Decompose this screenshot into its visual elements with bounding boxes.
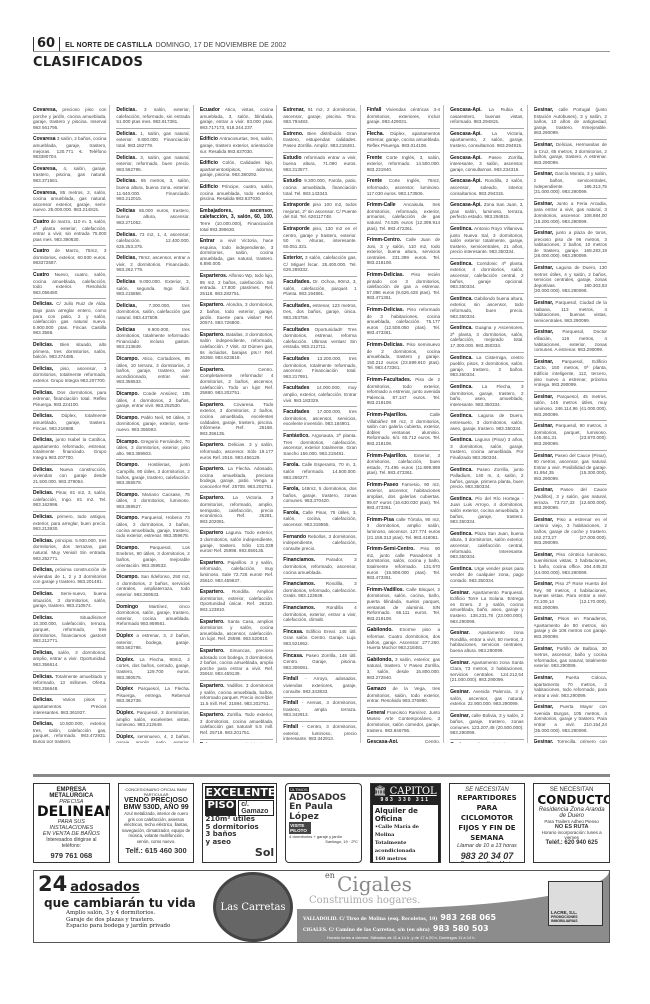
ad-keyword: Frimm-Delicias.: [367, 342, 404, 348]
banner-address: CIGALES. C/ Camino de las Carretas, s/n …: [303, 928, 430, 933]
ad-keyword: Gestinca.: [450, 413, 473, 419]
classified-ad: Delicias. Dúplex, totalmente amueblado, …: [33, 411, 106, 435]
classified-ad: Delicias. Totalmente amueblado y reforma…: [33, 672, 106, 696]
classified-ad: Frimm-Pisa calle Tórtola, 90 m2, 3 dormi…: [367, 515, 440, 544]
ad-headline: REPARTIDORES PARA CICLOMOTOR FIJOS Y FIN…: [453, 793, 522, 843]
ad-location: c/. Gamazo: [238, 800, 274, 816]
classified-ad: Covaresa, 4, salón, garaje, trastero, pi…: [33, 164, 106, 188]
classified-ad: Frente Corte Inglés, 3, salón, exterior,…: [367, 153, 440, 177]
ad-keyword: Espartero.: [200, 589, 225, 595]
ad-headline: DELINEANTES: [37, 805, 106, 819]
classified-ad: Facultades 13.200.000, tres dormitorios,…: [283, 354, 356, 383]
ad-text: López: [289, 812, 358, 822]
ad-keyword: Gestinca.: [450, 437, 473, 443]
ad-keyword: Gesinar,: [534, 739, 554, 743]
classified-ad: Delicias. Bien situado, alto primera, tr…: [33, 340, 106, 364]
classified-ad: Facultades Oportunidad!! Tres dormitorio…: [283, 325, 356, 354]
newspaper-name: EL NORTE DE CASTILLA: [65, 41, 152, 51]
ad-keyword: Delicias: [116, 208, 135, 214]
classified-ad: Gestinca. Plaza San Juan, buena altura, …: [450, 529, 523, 564]
classified-column: Covaresa, precioso piso con porche y jar…: [33, 105, 110, 743]
classified-ad: Frente Corte Inglés, 75m2, reformado, as…: [367, 176, 440, 200]
ad-keyword: Facultades.: [283, 279, 311, 285]
classified-ad: Delicias. Pinar, 81 m2, 3, salón, calefa…: [33, 488, 106, 512]
ad-phone: 979 761 068: [37, 851, 106, 860]
ad-keyword: Espartero.: [200, 442, 225, 448]
ad-keyword: Dúplex.: [116, 710, 134, 716]
ad-keyword: Gesinar.: [450, 630, 470, 636]
ad-headline: CONDUCTORES: [537, 793, 606, 807]
ad-excelente-piso[interactable]: EXCELENTE PISO c/. Gamazo 210m² útiles 5…: [202, 783, 277, 863]
classified-ad: Frimm-Semi-Centro. Piso 90 m2, junto cal…: [367, 544, 440, 585]
ad-keyword: Edificio: [200, 184, 218, 190]
banner-ad-cigales[interactable]: 24adosados que cambiarán tu vida Amplio …: [33, 870, 610, 943]
ad-keyword: Frente: [367, 155, 382, 161]
ad-capitol[interactable]: 🏛 CAPITOL 983 330 311 Alquiler de Oficin…: [370, 783, 441, 863]
ad-keyword: Delicias.: [33, 490, 53, 496]
classified-ad: Gesinar, Parquesol, 45 metros, salón, 14…: [534, 392, 607, 421]
classified-ad: Farola, Calle Pinar, 75 útiles, 3, salón…: [283, 508, 356, 532]
classified-ad: Estudio reformado entrar a vivir, buena …: [283, 153, 356, 177]
classified-ad: Delicias 65.000 euros, trastero, buena a…: [116, 206, 189, 230]
ad-keyword: Covaresa,: [33, 190, 57, 196]
ad-keyword: Gabilondo,: [367, 657, 393, 663]
ad-keyword: Entrar: [200, 238, 215, 244]
classified-ad: Financiamos. Parador, 3 dormitorios, ref…: [283, 555, 356, 579]
ad-keyword: Delicias.: [116, 131, 136, 137]
classified-ad: Delicias, próxima construcción de vivien…: [33, 565, 106, 589]
ad-keyword: Gestinca.: [450, 296, 473, 302]
ad-keyword: Gesinar.: [450, 660, 470, 666]
ad-conductores[interactable]: SE NECESITAN CONDUCTORES Residencia Zona…: [533, 783, 610, 863]
classified-ad: Gesinar, junto a plaza de toros, precios…: [534, 228, 607, 263]
classified-ad: Gescasa-Api. La Victoria, apartamento, 2…: [450, 129, 523, 153]
ad-keyword: Gesinar.: [450, 590, 470, 596]
ad-keyword: Espartero.: [200, 619, 225, 625]
classified-ad: Espartero. Simancas, precioso adosado co…: [200, 646, 273, 681]
classified-ad: Finfall - Centro, 3 dormitorios, exterio…: [283, 722, 356, 743]
ad-keyword: Embajadores, ascensor, calefacción, 3, s…: [200, 208, 273, 221]
ad-keyword: Frimm-Delicias.: [367, 272, 404, 278]
classified-ad: Gamazo de la Vega, tres dormitorios, sal…: [367, 684, 440, 708]
classified-ad: Espartero. Yadillos. 3 dormitorios y sal…: [200, 681, 273, 710]
ad-keyword: Delicias.: [33, 342, 53, 348]
classified-ad: Gesinar, Puerta Coloca, apartamento 70 m…: [534, 673, 607, 702]
ad-keyword: Delicias: [116, 279, 135, 285]
ad-keyword: Delicias.: [33, 467, 53, 473]
ad-keyword: Frimm-Delicias.: [367, 307, 404, 313]
classified-ad: Entrar a vivir Victoria, hace esquina, t…: [200, 236, 273, 271]
classified-ad: Frimm-Delicias. Piso recién pintado con …: [367, 270, 440, 305]
ad-keyword: Espartero.: [200, 648, 225, 654]
ad-keyword: Espartero.: [200, 495, 225, 501]
ad-keyword: Frimm-Semi-Centro.: [367, 546, 415, 552]
classified-ad: Gesinar, Torrecilla, primero con baño, 9…: [534, 737, 607, 743]
classified-ad: Delicias, 10.500.000, exterior, tres, sa…: [33, 719, 106, 743]
seal-text: Las Carretas: [220, 902, 285, 913]
ad-keyword: Fantástico.: [283, 433, 309, 439]
classified-ad: Gestinca. Urge vender pisos para vender …: [450, 564, 523, 588]
classified-ad: Frimm-Facultades. Piso de 2 dormitorios,…: [367, 375, 440, 410]
classified-ad: Dicampo. Conde Ansúrez, 105 útiles, 4 do…: [116, 389, 189, 413]
ad-keyword: Farola,: [283, 486, 299, 492]
classified-ad: Gescasa-Api. La Rubia 4, casarestero, bu…: [450, 105, 523, 129]
banner-phone: 983 268 065: [440, 913, 496, 922]
classified-ad: Esparteros. Alfonso Wp, todo lujo, 85 m2…: [200, 271, 273, 300]
ad-keyword: Dúplex: [116, 686, 133, 692]
banner-tagline: Construimos hogares.: [309, 895, 420, 906]
classified-ad: Delicias. 73 m2, 1, 4, ascensor, calefac…: [116, 230, 189, 254]
classified-ad: Embajadores, ascensor, calefacción, 3, s…: [200, 206, 273, 236]
ad-text: Llamar de 10 a 13 horas: [453, 843, 522, 849]
classified-ad: Delicias. Semi-nuevo, buena situación, 3…: [33, 589, 106, 613]
ad-keyword: Farola,: [283, 510, 299, 516]
classified-ad: Gesinar, García Morato, 3 y salón, 2 bañ…: [534, 169, 607, 198]
ad-keyword: Delicias.: [116, 107, 136, 113]
ad-phone: 983 20 34 07: [453, 851, 522, 861]
ad-keyword: Covaresa,: [33, 107, 57, 113]
classified-ad: Frimm-Centro. Calle Juan de Juni, 3 y sa…: [367, 235, 440, 270]
classified-ad: Facultades 17.000.000, tres dormitorios,…: [283, 407, 356, 431]
classified-ad: Farola, 148m2, 5 dormitorios, dos baños,…: [283, 484, 356, 508]
classified-ad: Frimm-Pajarillos. Exterior, 3 dormitorio…: [367, 451, 440, 480]
ad-keyword: Delicias.: [116, 155, 136, 161]
classified-ad: Cuatro Nuevo, cuatro, salón, cocina amue…: [33, 270, 106, 299]
classified-ad: Gesinar, Piso céntrico luminoso, buenísi…: [534, 550, 607, 579]
classified-ad: Delicias, junto Isabel la Católica, apar…: [33, 435, 106, 464]
ad-keyword: Frimm-Pisa: [367, 517, 394, 523]
ad-phone: Telf.: 615 460 300: [122, 846, 191, 855]
classified-ad: Delicias. 3, salón, gas natural, exterio…: [116, 153, 189, 177]
classified-ad: Estreno. Bien distribuido. Gran trastero…: [283, 129, 356, 153]
ad-keyword: Espartero.: [200, 466, 225, 472]
banner-slogan: que cambiarán tu vida: [44, 896, 205, 910]
ad-keyword: Facultades: [283, 409, 309, 415]
ad-keyword: Frimm-Paseo: [367, 482, 399, 488]
ad-keyword: Gesinar,: [534, 487, 554, 493]
classified-column: Delicias. 3 salón, exterior, calefacción…: [116, 105, 193, 743]
classified-ad: Edificio Colón, Calidades lujo, apartame…: [200, 158, 273, 182]
classified-column: Gesinar, calle Portugal (junto Estación …: [534, 105, 610, 743]
ad-keyword: Delicias.: [116, 232, 136, 238]
ad-keyword: Gesinar,: [534, 265, 554, 271]
ad-keyword: Gesinar,: [534, 171, 554, 177]
ad-keyword: Gescasa-Api.: [367, 739, 399, 743]
issue-date: DOMINGO, 17 DE NOVIEMBRE DE 2002: [156, 41, 287, 51]
banner-text: Espacio para bodega y jardín privado: [66, 923, 205, 930]
ad-keyword: Covaresa,: [33, 166, 57, 172]
classified-ad: Dicampo. Hostilerias, junto Campillo, 90…: [116, 460, 189, 489]
classified-ad: Frimm-Vadillos. Calle Bisquer, 2 dormito…: [367, 585, 440, 626]
classified-ad: Fernando Rebollos, 3 dormitorios, indepe…: [283, 532, 356, 556]
ad-adosados-paula-lopez[interactable]: ÚLTIMOS ADOSADOS En Paula López VISITE P…: [285, 783, 362, 863]
classified-ad: Delicias, piso, ascensor, 3 dormitorios,…: [33, 364, 106, 388]
classified-ad: Frimm-Calle Ancaisula, tres dormitorios,…: [367, 200, 440, 235]
classified-ad: Delicias. 65 metros, 3, salón, buena alt…: [116, 176, 189, 205]
classified-ad: Gesinar, calle Bolivia, 3 y salón, 2 bañ…: [450, 711, 523, 740]
ad-keyword: Dicampo.: [116, 462, 139, 468]
ad-keyword: Delicias,: [116, 303, 136, 309]
display-ads-row: EMPRESA METALÚRGICA PRECISA DELINEANTES …: [33, 783, 610, 863]
ad-keyword: Gesinar,: [534, 201, 554, 207]
ad-keyword: Delicias,: [33, 650, 53, 656]
ad-keyword: Gesinar,: [450, 742, 470, 743]
classified-ad: Dicampo. Parquesol, Hobeno 73 útiles, 2 …: [116, 513, 189, 542]
classified-ad: Fantástico. Argonauta, 2ª planta. Tres d…: [283, 431, 356, 460]
ad-keyword: Gesinar.: [450, 689, 470, 695]
classified-ad: Gestinca. Antonio Royo Villanova, junto …: [450, 224, 523, 259]
classified-column: Ecuador Atico, vistas, cocina amueblada,…: [200, 105, 277, 743]
classified-ad: Gesinar, Piso a estrenar en el camino vi…: [534, 515, 607, 550]
classified-ad: Delicias. C/ Julio Ruiz de Alda. Bajo pa…: [33, 299, 106, 340]
ad-keyword: Delicias.: [33, 591, 53, 597]
ad-keyword: Delicias,: [33, 366, 53, 372]
ad-keyword: Delicias,: [33, 721, 53, 727]
classified-ad: Delicias, salón, 3 dormitorios, amplio, …: [33, 648, 106, 672]
ad-keyword: Gestinca.: [450, 355, 473, 361]
ad-keyword: Gesinar,: [534, 552, 554, 558]
ad-keyword: Gesinar,: [534, 704, 554, 710]
classified-ad: Frimm-Pajarillos. Calle Villabáñez 98 m2…: [367, 410, 440, 451]
ad-keyword: Dicampo.: [116, 574, 139, 580]
ad-keyword: Estudio: [283, 155, 301, 161]
ad-keyword: Farola.: [283, 462, 299, 468]
ad-keyword: Dicampo.: [116, 492, 139, 498]
banner-address: VALLADOLID. C/ Tirso de Molina (esq. Rec…: [303, 917, 437, 922]
ad-keyword: Estrenar: [200, 742, 220, 743]
ad-keyword: Frimm-Centro.: [367, 237, 401, 243]
ad-keyword: Delicias,: [33, 437, 53, 443]
ad-headline: VENDO PRECIOSO BMW 530D, AÑO 99: [122, 797, 191, 811]
classified-ad: Gesinar, calle Portugal (junto Estación …: [534, 105, 607, 140]
classified-ad: Estrenar 115 m2, 4 habitaciones, 2 baños…: [200, 740, 273, 743]
classified-ad: Finfall Viviendas céntricas 3-4 dormitor…: [367, 105, 440, 129]
ad-keyword: Extraporde: [283, 202, 309, 208]
classified-ad: Gesinar, Parquesol, Edificio Cacto, 150 …: [534, 357, 607, 392]
section-title: CLASIFICADOS: [33, 55, 143, 70]
classified-ad: Dúplex. La Flecha, 90m2, 2 cortes, dos b…: [116, 655, 189, 684]
ad-keyword: Gestinca.: [450, 496, 473, 502]
classified-ad: Espartero. La Flecha. Adosado, cocina am…: [200, 464, 273, 493]
classified-ad: Covaresa, precioso piso con porche y jar…: [33, 105, 106, 134]
classified-ad: Fincasa. Edificio Ereal. 145 útil. Gran …: [283, 627, 356, 651]
classified-ad: Delicias. 3 salón, exterior, calefacción…: [116, 105, 189, 129]
ad-text: Preguntar Srta. Marta: [453, 861, 522, 863]
ad-keyword: Gesinar,: [534, 394, 554, 400]
classified-ad: Gestinca. Pío del Río Hortega - Juan Lui…: [450, 494, 523, 529]
banner-town: Cigales: [337, 872, 412, 896]
classified-ad: Gesinar, Portillo de Balboa, 30 metros, …: [534, 644, 607, 673]
classified-ad: Extraporde piso 100 m2, todos mejoras, 2…: [283, 200, 356, 224]
classified-ad: Frimm-Delicias. Piso seminuevo de 2 dorm…: [367, 340, 440, 375]
ad-badge: VISITE PILOTO: [289, 822, 311, 834]
ad-keyword: Facultades,: [283, 303, 311, 309]
classified-ad: Cuatro de Marzo, 75m2, 3 dormitorios, ex…: [33, 246, 106, 270]
ad-keyword: Cuatro: [33, 248, 49, 254]
ad-keyword: Gesinar,: [534, 453, 554, 459]
ad-keyword: Gescasa-Api.: [450, 107, 482, 113]
classified-ad: Dicampo. Mariano Cacsase, 75 útiles, 3 d…: [116, 490, 189, 514]
ad-keyword: Frimm-Facultades.: [367, 377, 411, 383]
classified-ad: Gesinar, Junto a Feria Arcadia, para ent…: [534, 199, 607, 228]
classified-ad: Espartero. Santa Casa, amplios dormitori…: [200, 617, 273, 646]
classified-ad: Gescasa-Api. Paseo Zorrilla, interesante…: [450, 153, 523, 177]
ad-keyword: Estreno.: [283, 131, 303, 137]
ad-keyword: Gesinar,: [450, 713, 470, 719]
ad-keyword: Gesinar,: [534, 230, 554, 236]
classified-ad: Delicias. Nueva construcción, viviendas …: [33, 465, 106, 489]
ad-keyword: Delicias.: [33, 615, 53, 621]
classified-ad: Espartero. Rondilla. Amplios dormitorios…: [200, 587, 273, 616]
classified-ad: Delicias. Varios pisos y apartamentos. P…: [33, 695, 106, 719]
ad-keyword: Gesinar,: [534, 329, 554, 335]
ad-keyword: Gestinca.: [450, 325, 473, 331]
ad-text: En Paula: [289, 803, 358, 812]
ad-keyword: Frimm-Pajarillos.: [367, 453, 408, 459]
classified-ad: Dúplex a estrenar, 3, 2 baños, exterior,…: [116, 631, 189, 655]
ad-keyword: Fernando: [283, 534, 306, 540]
ad-keyword: Dúplex,: [116, 734, 134, 740]
ad-keyword: Gesinar,: [534, 300, 554, 306]
ad-keyword: Delicias.: [33, 697, 53, 703]
ad-text: CONCESIONARIO OFICIAL BMW PARTICULAR: [122, 787, 191, 797]
classified-ad: Dicampo. Gregorio Fernández, 70 útiles, …: [116, 437, 189, 461]
classified-ad: Facultades 14.000.000, muy amplio, exter…: [283, 383, 356, 407]
ad-keyword: Facultades: [283, 327, 309, 333]
classified-ad: Facultades. Dr. Ochoa, 90m2, 3, salón, c…: [283, 277, 356, 301]
classified-ad: Gesinar, Puerta Mayor con Avenida Burgos…: [534, 702, 607, 737]
ad-keyword: Ecuador: [200, 107, 220, 113]
ad-keyword: Extraporde: [283, 226, 309, 232]
ad-tag: ÚLTIMOS: [289, 787, 308, 792]
classified-ad: Gesinar, Parquesol, 90 metros, 4 dormito…: [534, 421, 607, 450]
ad-keyword: Fincasa.: [283, 653, 303, 659]
classified-ad: Extraporde piso, 130 m2 en el centro, ga…: [283, 224, 356, 253]
ad-keyword: Gesinar,: [534, 517, 554, 523]
ad-keyword: Gestinca.: [450, 261, 473, 267]
page-number: 60: [33, 37, 60, 51]
banner-phone: 983 580 503: [433, 924, 489, 933]
banner-hours: Horario lunes a viernes: Sábados de 11 a…: [327, 935, 476, 940]
banner-headline: adosados: [70, 880, 140, 895]
classified-ad: Exterior, 3 salón, calefacción gas, C/ M…: [283, 253, 356, 277]
classified-ad: Edificio Príncipe, cuatro, salón, cocina…: [200, 182, 273, 206]
classified-column: Gescasa-Api. La Rubia 4, casarestero, bu…: [450, 105, 527, 743]
ad-keyword: Facultades: [283, 356, 309, 362]
ad-brand-logo: Sol: [205, 846, 274, 859]
ad-brand: CAPITOL: [390, 786, 437, 797]
ad-headline: EXCELENTE: [205, 786, 274, 799]
classified-ad: Frimm-Paseo Farnesio, 90 m2, exterior, a…: [367, 480, 440, 515]
classified-ad: Gesinar, Parquesol, Ciudad de la Habana,…: [534, 298, 607, 327]
ad-delineantes[interactable]: EMPRESA METALÚRGICA PRECISA DELINEANTES …: [33, 783, 110, 863]
ad-keyword: Espartero.: [200, 302, 225, 308]
ad-keyword: Dicampo.: [116, 415, 139, 421]
ad-keyword: Gesinar,: [534, 107, 554, 113]
ad-keyword: Espartero.: [200, 402, 225, 408]
ad-keyword: Delicias.: [33, 390, 53, 396]
ad-keyword: Gesinar,: [534, 675, 554, 681]
classified-ad: Delicias 9.900.000, tres dormitorios, to…: [116, 325, 189, 354]
ad-keyword: Frimm-Vadillos.: [367, 587, 404, 593]
ad-headline: Alquiler de Oficina: [375, 807, 436, 823]
ad-repartidores[interactable]: SE NECESITAN REPARTIDORES PARA CICLOMOTO…: [449, 783, 526, 863]
classified-ad: Espartero. Centro. Completamente reforma…: [200, 365, 273, 400]
ad-keyword: Gesinar,: [534, 616, 554, 622]
ad-keyword: Cuatro: [33, 219, 49, 225]
classified-ad: Gestinca. Laguna de Duero, entresuelo, 3…: [450, 411, 523, 435]
ad-keyword: Dicampo.: [116, 545, 139, 551]
classified-ad: Edificio Antracosurtas, tres, salón, gar…: [200, 134, 273, 158]
banner-text: en: [325, 871, 335, 880]
classified-ad: Gesinar, Delicias, Hermanitas de la Cruz…: [534, 140, 607, 169]
lacre-logo: LACRE, S.L. PROMOCIONES INMOBILIARIAS: [548, 881, 603, 926]
ad-keyword: Delicias: [116, 327, 135, 333]
classified-ad: Gesinar, Pisos en Panaderos, Apartamento…: [534, 614, 607, 643]
classified-ad: Gestinca. Corridonic 4ª planta, exterior…: [450, 259, 523, 294]
ad-keyword: Delicias.: [33, 514, 53, 520]
ad-keyword: Delicias,: [33, 567, 53, 573]
las-carretas-seal-logo: Las Carretas: [213, 872, 293, 942]
ad-keyword: Gescasa-Api.: [450, 155, 482, 161]
ad-keyword: Exterior,: [283, 255, 303, 261]
classified-ad: Estrenar, 91 m2, 2 dormitorios, ascensor…: [283, 105, 356, 129]
ad-keyword: Delicias.: [33, 413, 53, 419]
classified-ad: Gesinar, Paseo del Cauce (Pinar), 80 met…: [534, 451, 607, 486]
classified-ad: Espartero. Batallas, 3 dormitorios, saló…: [200, 330, 273, 365]
ad-keyword: Gestinca.: [450, 467, 473, 473]
ad-keyword: Gescasa-Api.: [450, 202, 482, 208]
ad-keyword: Gescasa-Api.: [450, 178, 482, 184]
classified-ad: Gabilondo. Enorme piso a reformar. Cuatr…: [367, 625, 440, 654]
ad-keyword: Frimm-Calle: [367, 202, 396, 208]
ad-keyword: Frente: [367, 178, 382, 184]
ad-keyword: Estrenar,: [283, 107, 304, 113]
classified-ad: Gestinca. Guagna y Ascensores, 2ª planta…: [450, 323, 523, 352]
ad-phone: Teléf.: 620 940 625: [537, 840, 606, 846]
classified-ad: Dúplex Parquesol, La Flecha. Pisuerga, e…: [116, 684, 189, 708]
classified-ad: Delicias. 1, salón, gas natural, exterio…: [116, 129, 189, 153]
classified-ad: Cuatro de marzo, 110 m. 3, salón, 1ª pla…: [33, 217, 106, 246]
classified-ad: Espartero. Alondra, 3 dormitorios, 2 bañ…: [200, 300, 273, 329]
ad-keyword: Dicampo.: [116, 391, 139, 397]
classified-ad: Delicias. primero, todo antiguo, exterio…: [33, 512, 106, 536]
classified-ad: Gestinca. Laguna (Pinar) 3 años, 3 dormi…: [450, 435, 523, 464]
classified-ad: Gesinar, Laguna de Duero, 130 metros úti…: [534, 263, 607, 298]
classified-ad: Flecha. Dúplex, apartamentos estrenar, g…: [367, 129, 440, 153]
classified-ad: Domingo Martínez, cinco dormitorios, sal…: [116, 602, 189, 631]
ad-keyword: Dicampo.: [116, 515, 139, 521]
page-header: 60 EL NORTE DE CASTILLA DOMINGO, 17 DE N…: [33, 38, 610, 52]
ad-keyword: Financiamos.: [283, 557, 315, 563]
ad-keyword: Esparteros.: [200, 273, 228, 279]
ad-contact: Santiago, 19 · 2ºC: [289, 839, 358, 844]
classified-ad: Delicias, 7.300.000, tres dormitorios, s…: [116, 301, 189, 325]
classified-ad: Financiamos. Rondilla, 3 dormitorios, re…: [283, 579, 356, 603]
ad-keyword: Espartero.: [200, 560, 225, 566]
ad-keyword: Espartero.: [200, 683, 225, 689]
classified-ad: Espartero. Delicias. 3 y salón, reformad…: [200, 440, 273, 464]
classified-ad: Delicias 9.000.000. Exterior, 3, salón, …: [116, 277, 189, 301]
classified-ad: Espartero. Covaresa. Todo exterior, 3 do…: [200, 400, 273, 441]
ad-keyword: Facultades: [283, 385, 309, 391]
banner-right: en Cigales Construimos hogares. VALLADOL…: [297, 871, 609, 942]
classified-ad: Gesinar. Apartamento zona Rondilla, entr…: [450, 628, 523, 657]
ad-bmw[interactable]: CONCESIONARIO OFICIAL BMW PARTICULAR VEN…: [118, 783, 195, 863]
classified-ad: Dicampo. San Ildefonso, 250 m2, 4 dormit…: [116, 572, 189, 601]
classified-ad: Dicampo. Parquesol, Los Enebros, 90 útil…: [116, 543, 189, 572]
classified-column: Estrenar, 91 m2, 2 dormitorios, ascensor…: [283, 105, 360, 743]
